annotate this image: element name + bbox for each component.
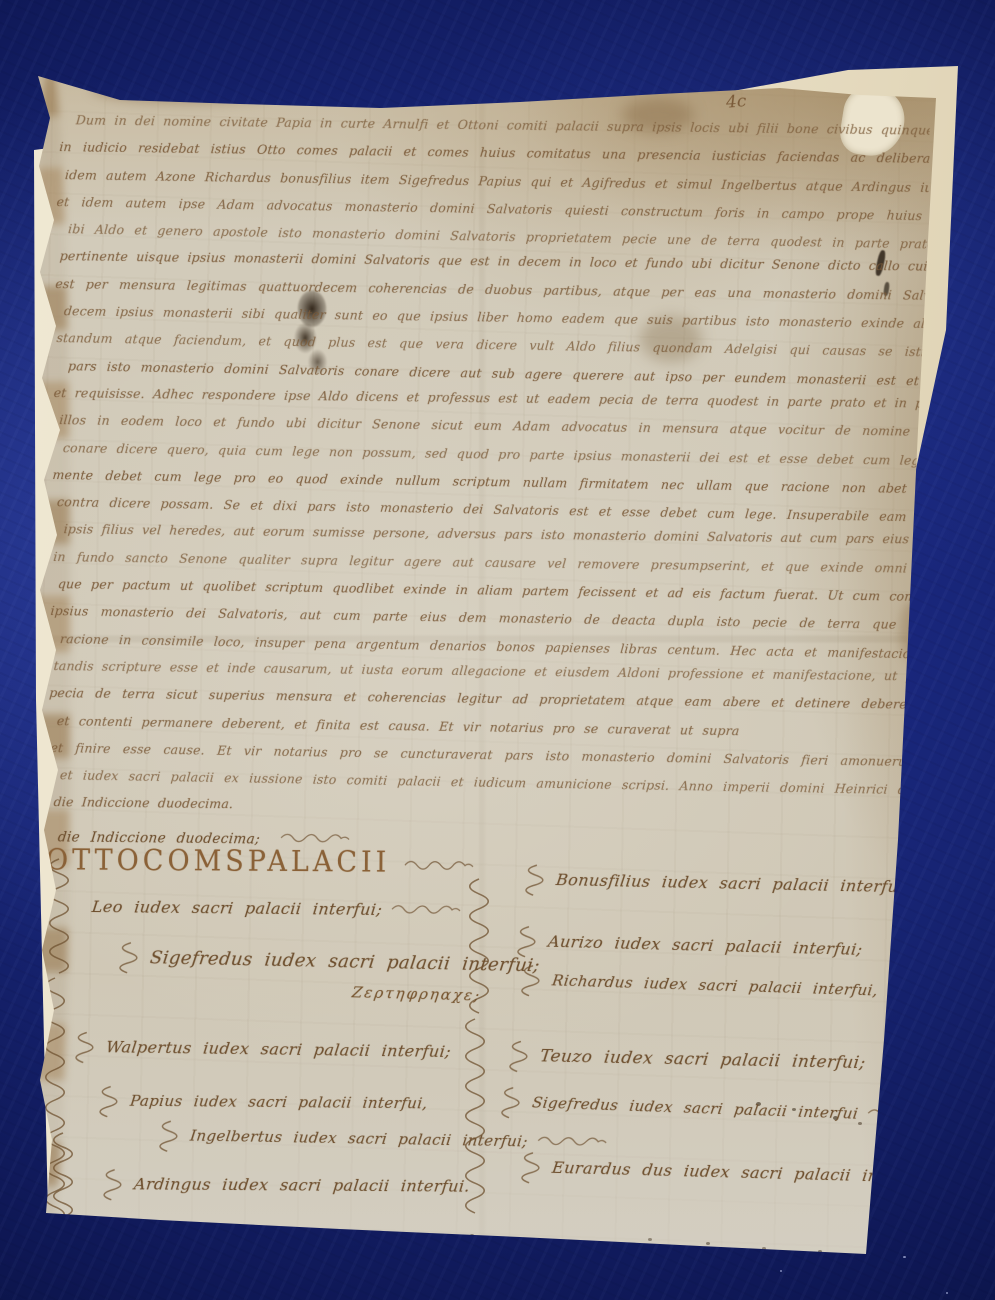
signature-text: Leo iudex sacri palacii interfui; <box>91 897 383 919</box>
speck-on-parchment <box>706 1242 710 1245</box>
signum-flourish-icon <box>116 940 143 976</box>
signum-flourish-icon <box>514 924 541 960</box>
speck-on-parchment <box>818 1250 822 1253</box>
parchment-sheet: 4c Dum in dei nomine civitate Papia in c… <box>0 0 995 1300</box>
signature-text: Ζερτηφρηαχε; <box>351 983 483 1004</box>
signum-flourish-icon <box>498 1084 525 1121</box>
signature-text: Eurardus dus iudex sacri palacii interfu… <box>551 1158 933 1187</box>
speck-on-parchment <box>590 1241 594 1244</box>
photo-of-parchment-charter: 4c Dum in dei nomine civitate Papia in c… <box>0 0 995 1300</box>
speck-on-parchment <box>470 1234 474 1237</box>
chrismon-mark: 4c <box>725 91 747 112</box>
signature-left-3: Walpertus iudex sacri palacii interfui; <box>72 1029 453 1070</box>
signum-chain-flourish <box>462 1016 488 1220</box>
signature-right-5: Eurardus dus iudex sacri palacii interfu… <box>518 1150 995 1199</box>
tail-flourish-icon <box>278 830 352 845</box>
top-edge-decay <box>92 74 282 102</box>
signature-text: Aurizo iudex sacri palacii interfui; <box>547 932 864 959</box>
charter-body-text: Dum in dei nomine civitate Papia in curt… <box>47 106 930 839</box>
signum-flourish-icon <box>518 1150 545 1186</box>
signature-text: Walpertus iudex sacri palacii interfui; <box>105 1037 452 1061</box>
signum-chain-flourish <box>50 1130 76 1224</box>
speck-on-parchment <box>762 1247 766 1250</box>
signum-flourish-icon <box>72 1029 98 1065</box>
signum-flourish-icon <box>50 1130 76 1220</box>
speck-on-parchment <box>528 1238 532 1241</box>
signature-left-6: Ardingus iudex sacri palacii interfui. <box>100 1167 472 1206</box>
signum-chain-flourish <box>466 876 492 1020</box>
signum-flourish-icon <box>522 862 549 898</box>
signum-flourish-icon <box>518 962 545 999</box>
signature-text: Richardus iudex sacri palacii interfui, <box>551 971 879 999</box>
signature-left-4: Papius iudex sacri palacii interfui, <box>96 1084 430 1123</box>
speck-on-parchment <box>648 1238 652 1241</box>
tail-flourish-icon <box>939 1169 995 1185</box>
signum-flourish-icon <box>462 1016 488 1216</box>
signum-flourish-icon <box>506 1038 533 1074</box>
signature-right-2: Richardus iudex sacri palacii interfui, <box>518 962 881 1009</box>
signature-text: Sigefredus iudex sacri palacii interfui <box>531 1094 859 1123</box>
signature-right-0: Bonusfilius iudex sacri palacii interfui… <box>522 862 912 906</box>
signum-flourish-icon <box>466 876 492 1016</box>
signature-right-1: Aurizo iudex sacri palacii interfui; <box>514 924 865 969</box>
signum-flourish-icon <box>100 1167 126 1203</box>
dust-speck <box>903 1256 906 1258</box>
dust-speck <box>780 1270 782 1272</box>
signature-otto-text: OTTOCOMSPALACII <box>46 843 391 879</box>
signature-otto-comes-palacii: OTTOCOMSPALACII <box>46 843 475 879</box>
tail-flourish-icon <box>390 901 464 916</box>
tail-flourish-icon <box>403 857 475 873</box>
signum-flourish-icon <box>96 1084 122 1120</box>
tail-flourish-icon <box>535 1133 609 1148</box>
signature-right-3: Teuzo iudex sacri palacii interfui; <box>506 1038 868 1081</box>
signature-text: Ardingus iudex sacri palacii interfui. <box>133 1174 471 1195</box>
dust-speck <box>946 1292 948 1294</box>
tail-flourish-icon <box>865 1105 939 1121</box>
signature-text: Bonusfilius iudex sacri palacii interfui… <box>555 870 911 896</box>
signature-text: Teuzo iudex sacri palacii interfui; <box>539 1046 867 1073</box>
signature-text: Papius iudex sacri palacii interfui, <box>129 1092 429 1113</box>
signum-flourish-icon <box>156 1118 182 1154</box>
signature-left-2: Ζερτηφρηαχε; <box>351 983 483 1004</box>
signature-left-0: Leo iudex sacri palacii interfui; <box>91 897 463 920</box>
